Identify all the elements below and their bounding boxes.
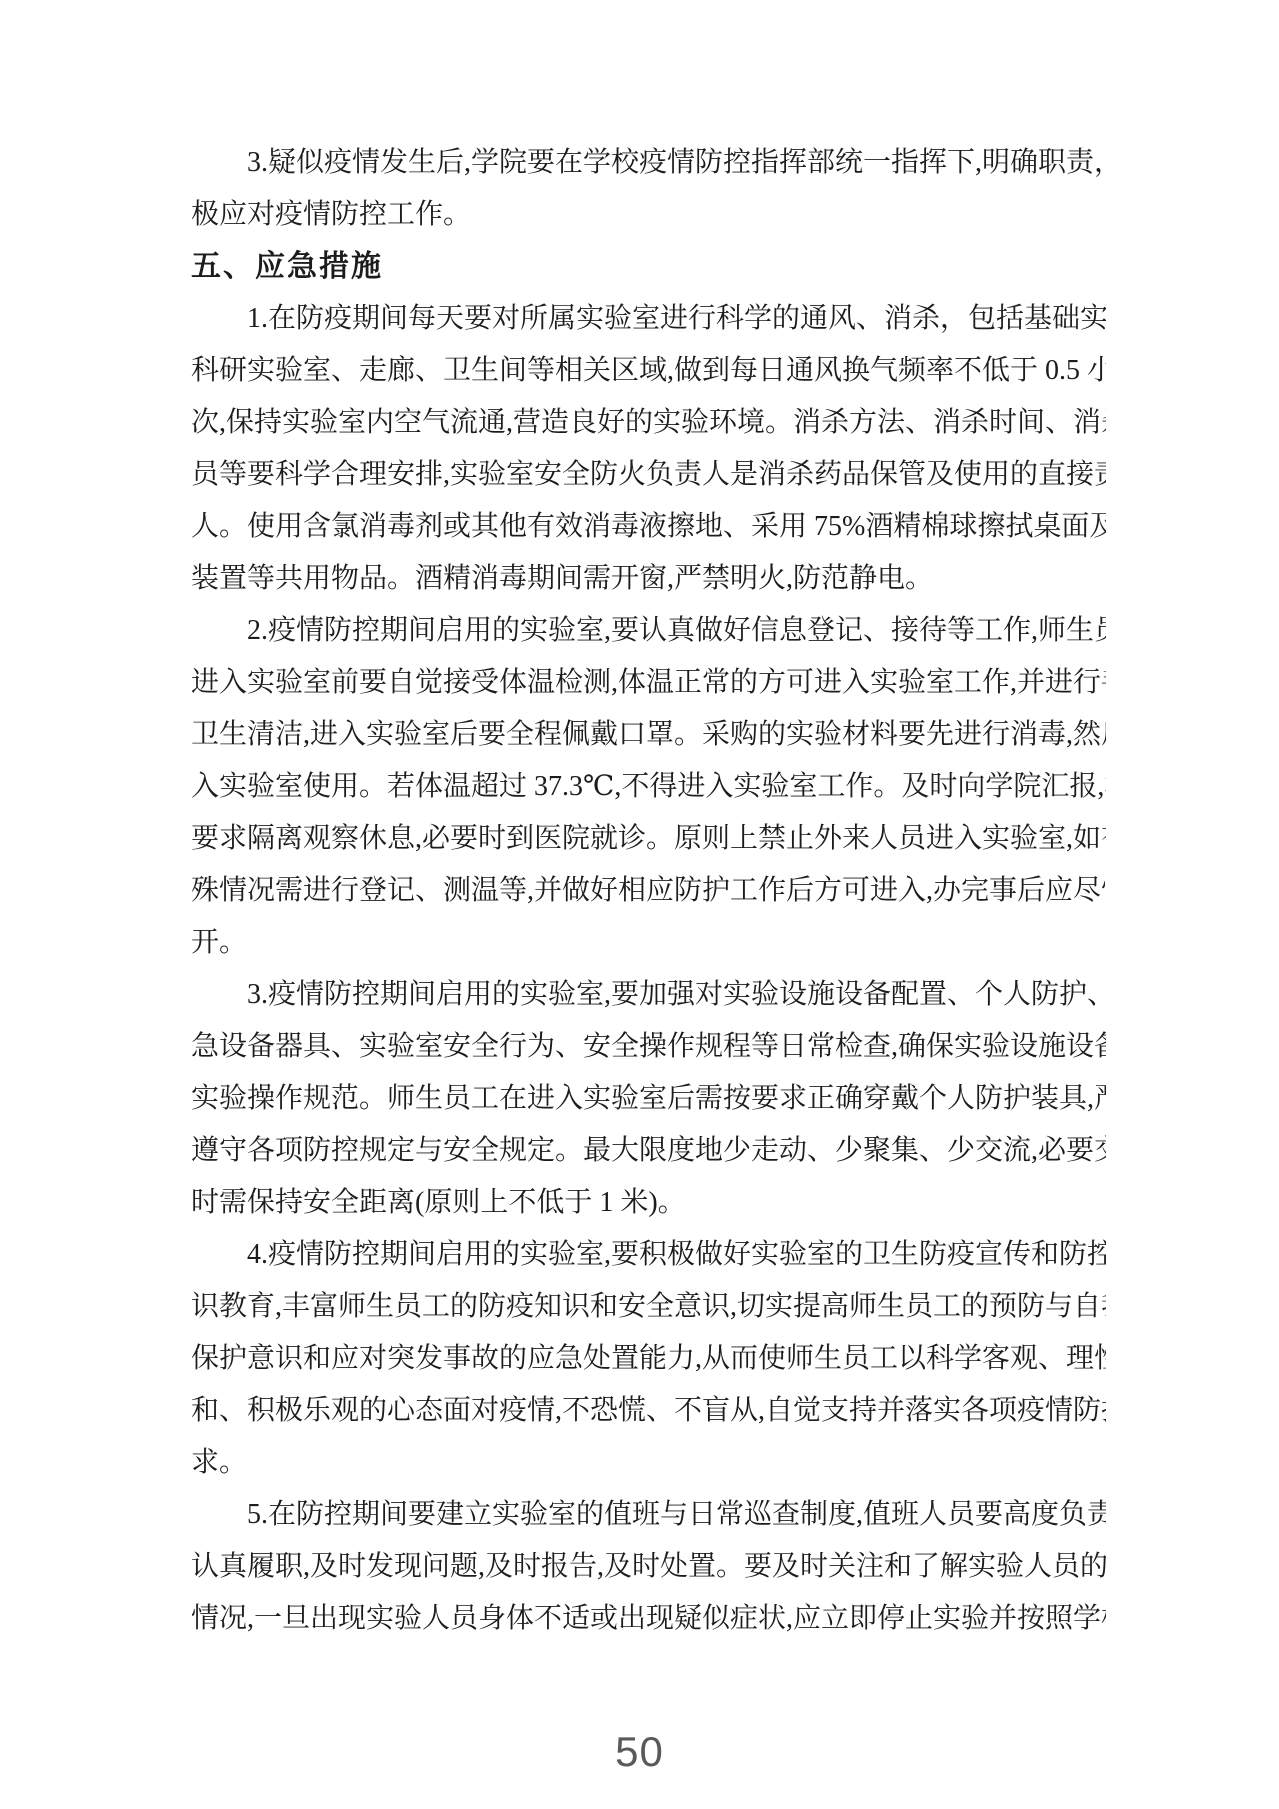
body-text-line: 识教育,丰富师生员工的防疫知识和安全意识,切实提高师生员工的预防与自我 bbox=[191, 1281, 1106, 1333]
body-text-line: 次,保持实验室内空气流通,营造良好的实验环境。消杀方法、消杀时间、消杀人 bbox=[191, 397, 1106, 449]
body-text-line: 入实验室使用。若体温超过 37.3℃,不得进入实验室工作。及时向学院汇报,根据 bbox=[191, 761, 1106, 813]
body-text-line: 4.疫情防控期间启用的实验室,要积极做好实验室的卫生防疫宣传和防控知 bbox=[191, 1229, 1106, 1281]
body-text-line: 情况,一旦出现实验人员身体不适或出现疑似症状,应立即停止实验并按照学校要 bbox=[191, 1593, 1106, 1645]
heading-text-line: 五、应急措施 bbox=[191, 241, 1106, 293]
body-text-line: 1.在防疫期间每天要对所属实验室进行科学的通风、消杀，包括基础实验室、 bbox=[191, 293, 1106, 345]
body-text-line: 人。使用含氯消毒剂或其他有效消毒液擦地、采用 75%酒精棉球擦拭桌面及实验 bbox=[191, 501, 1106, 553]
body-text-line: 殊情况需进行登记、测温等,并做好相应防护工作后方可进入,办完事后应尽快离 bbox=[191, 865, 1106, 917]
body-text-line: 2.疫情防控期间启用的实验室,要认真做好信息登记、接待等工作,师生员工 bbox=[191, 605, 1106, 657]
paragraph: 1.在防疫期间每天要对所属实验室进行科学的通风、消杀，包括基础实验室、科研实验室… bbox=[191, 293, 1106, 605]
body-text-line: 装置等共用物品。酒精消毒期间需开窗,严禁明火,防范静电。 bbox=[191, 553, 1106, 605]
page-number: 50 bbox=[615, 1728, 664, 1776]
body-text-line: 5.在防控期间要建立实验室的值班与日常巡查制度,值班人员要高度负责, bbox=[191, 1489, 1106, 1541]
body-text-line: 遵守各项防控规定与安全规定。最大限度地少走动、少聚集、少交流,必要交流 bbox=[191, 1125, 1106, 1177]
paragraph: 4.疫情防控期间启用的实验室,要积极做好实验室的卫生防疫宣传和防控知识教育,丰富… bbox=[191, 1229, 1106, 1489]
body-text-line: 实验操作规范。师生员工在进入实验室后需按要求正确穿戴个人防护装具,严格 bbox=[191, 1073, 1106, 1125]
document-body: 3.疑似疫情发生后,学院要在学校疫情防控指挥部统一指挥下,明确职责， 积极应对疫… bbox=[191, 137, 1106, 1645]
body-text-line: 科研实验室、走廊、卫生间等相关区域,做到每日通风换气频率不低于 0.5 小时一 bbox=[191, 345, 1106, 397]
paragraph: 2.疫情防控期间启用的实验室,要认真做好信息登记、接待等工作,师生员工进入实验室… bbox=[191, 605, 1106, 969]
body-text-line: 要求隔离观察休息,必要时到医院就诊。原则上禁止外来人员进入实验室,如有特 bbox=[191, 813, 1106, 865]
body-text-line: 极应对疫情防控工作。 bbox=[191, 189, 1106, 241]
paragraph: 5.在防控期间要建立实验室的值班与日常巡查制度,值班人员要高度负责,认真履职,及… bbox=[191, 1489, 1106, 1645]
body-text-line: 保护意识和应对突发事故的应急处置能力,从而使师生员工以科学客观、理性平 bbox=[191, 1333, 1106, 1385]
body-text-line: 急设备器具、实验室安全行为、安全操作规程等日常检查,确保实验设施设备好、 bbox=[191, 1021, 1106, 1073]
paragraph: 3.疫情防控期间启用的实验室,要加强对实验设施设备配置、个人防护、应急设备器具、… bbox=[191, 969, 1106, 1229]
body-text-line: 进入实验室前要自觉接受体温检测,体温正常的方可进入实验室工作,并进行手部 bbox=[191, 657, 1106, 709]
body-text-line: 认真履职,及时发现问题,及时报告,及时处置。要及时关注和了解实验人员的身体 bbox=[191, 1541, 1106, 1593]
body-text-line: 时需保持安全距离(原则上不低于 1 米)。 bbox=[191, 1177, 1106, 1229]
body-text-line: 3.疫情防控期间启用的实验室,要加强对实验设施设备配置、个人防护、应 bbox=[191, 969, 1106, 1021]
body-text-line: 求。 bbox=[191, 1437, 1106, 1489]
body-text-line: 卫生清洁,进入实验室后要全程佩戴口罩。采购的实验材料要先进行消毒,然后送 bbox=[191, 709, 1106, 761]
section-heading: 五、应急措施 bbox=[191, 241, 1106, 293]
page-footer: 50 bbox=[0, 1728, 1279, 1776]
body-text-line: 开。 bbox=[191, 917, 1106, 969]
body-text-line: 和、积极乐观的心态面对疫情,不恐慌、不盲从,自觉支持并落实各项疫情防控要 bbox=[191, 1385, 1106, 1437]
paragraph: 3.疑似疫情发生后,学院要在学校疫情防控指挥部统一指挥下,明确职责， 积极应对疫… bbox=[191, 137, 1106, 241]
body-text-line: 员等要科学合理安排,实验室安全防火负责人是消杀药品保管及使用的直接责任 bbox=[191, 449, 1106, 501]
document-page: 3.疑似疫情发生后,学院要在学校疫情防控指挥部统一指挥下,明确职责， 积极应对疫… bbox=[0, 0, 1279, 1809]
body-text-line: 3.疑似疫情发生后,学院要在学校疫情防控指挥部统一指挥下,明确职责， 积 bbox=[191, 137, 1106, 189]
